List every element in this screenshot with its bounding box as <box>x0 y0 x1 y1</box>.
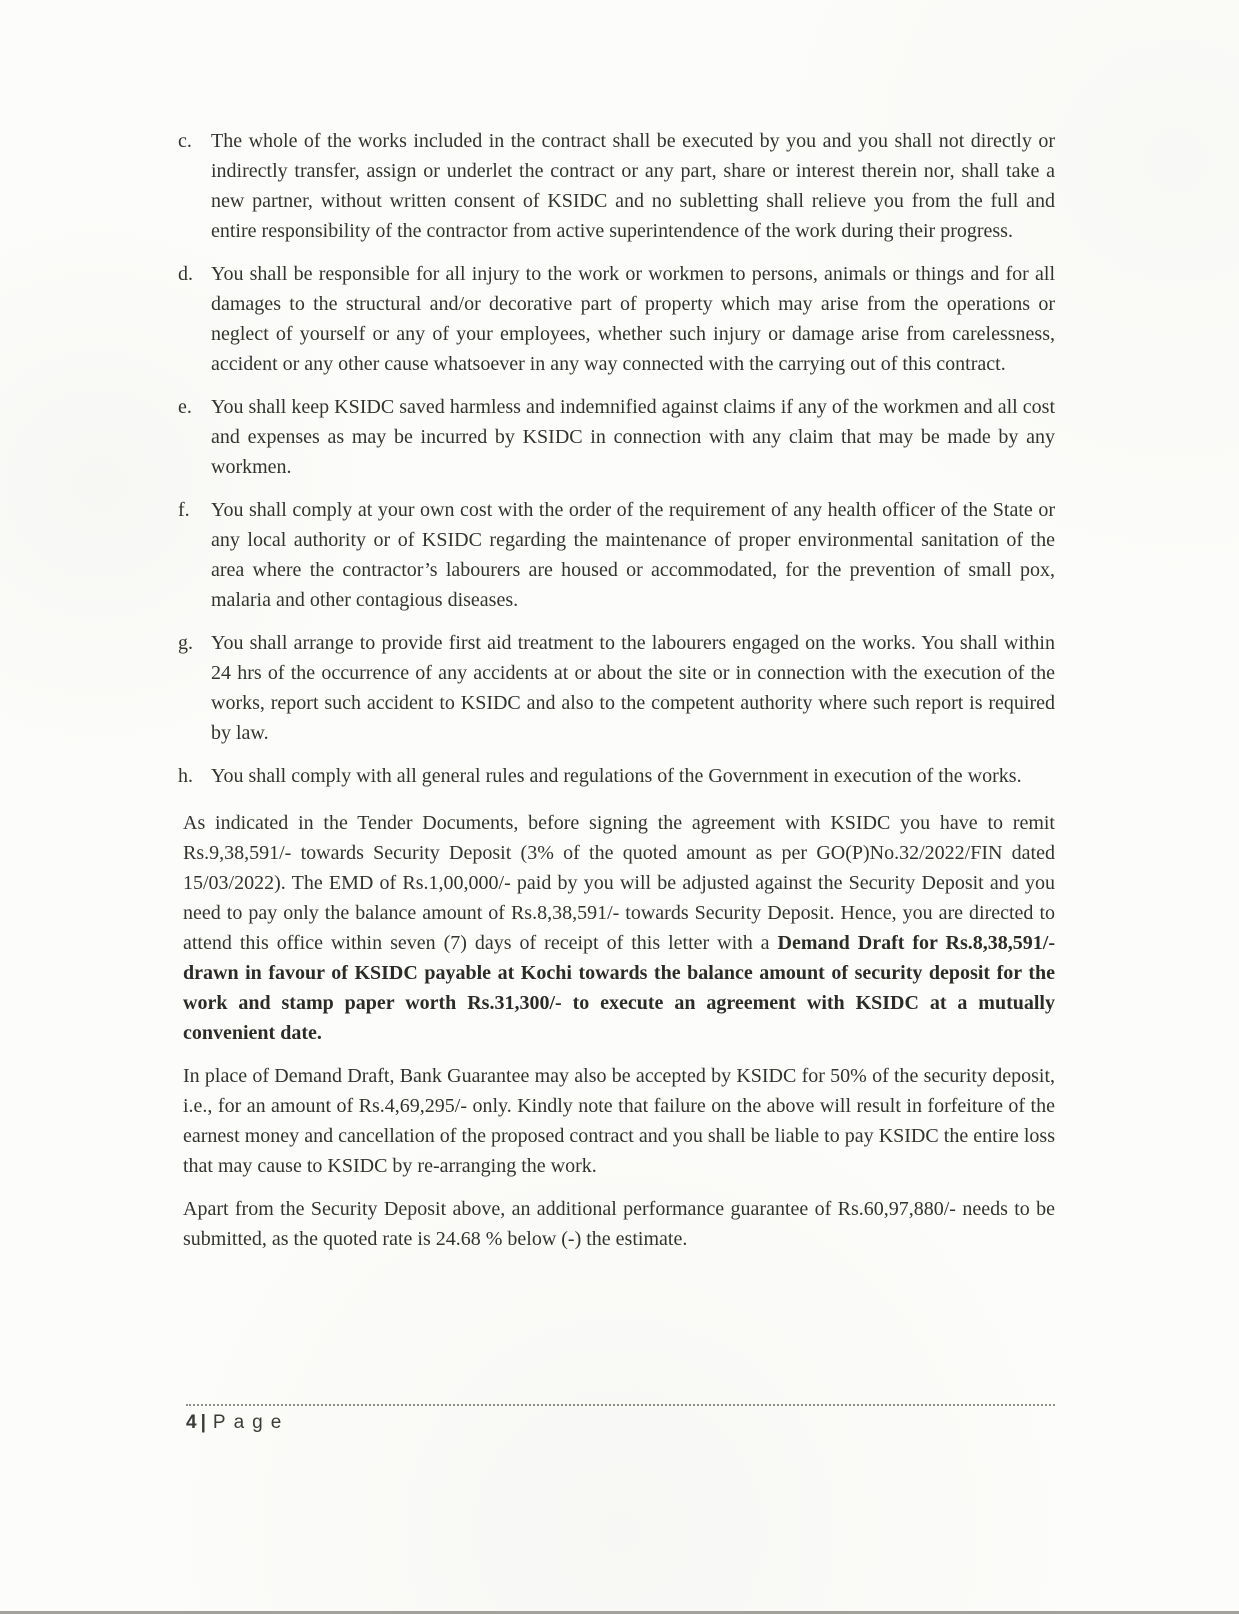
clause-h: h. You shall comply with all general rul… <box>183 761 1055 791</box>
paragraph-text: Apart from the Security Deposit above, a… <box>183 1198 1055 1250</box>
clause-f: f. You shall comply at your own cost wit… <box>183 495 1055 615</box>
page-number-separator: | <box>201 1412 206 1434</box>
document-body: c. The whole of the works included in th… <box>183 126 1055 1267</box>
paragraph-performance-guarantee: Apart from the Security Deposit above, a… <box>183 1194 1055 1254</box>
clause-text: You shall be responsible for all injury … <box>211 263 1055 375</box>
clause-letter: d. <box>178 259 204 289</box>
page-footer: 4 | Page <box>186 1412 289 1434</box>
clause-text: You shall comply at your own cost with t… <box>211 499 1055 611</box>
clause-letter: h. <box>178 761 204 791</box>
clause-text: You shall arrange to provide first aid t… <box>211 632 1055 744</box>
clause-text: You shall comply with all general rules … <box>211 765 1022 787</box>
clause-c: c. The whole of the works included in th… <box>183 126 1055 246</box>
paragraph-security-deposit: As indicated in the Tender Documents, be… <box>183 808 1055 1048</box>
scanned-document-page: c. The whole of the works included in th… <box>0 0 1239 1614</box>
clause-letter: e. <box>178 392 204 422</box>
clause-letter: f. <box>178 495 204 525</box>
clause-text: The whole of the works included in the c… <box>211 130 1055 242</box>
paragraph-bank-guarantee: In place of Demand Draft, Bank Guarantee… <box>183 1061 1055 1181</box>
page-label: Page <box>213 1412 289 1434</box>
clause-text: You shall keep KSIDC saved harmless and … <box>211 396 1055 478</box>
clause-letter: c. <box>178 126 204 156</box>
clause-g: g. You shall arrange to provide first ai… <box>183 628 1055 748</box>
paragraph-text: In place of Demand Draft, Bank Guarantee… <box>183 1065 1055 1177</box>
clause-d: d. You shall be responsible for all inju… <box>183 259 1055 379</box>
clause-letter: g. <box>178 628 204 658</box>
page-number: 4 <box>186 1412 197 1434</box>
clause-e: e. You shall keep KSIDC saved harmless a… <box>183 392 1055 482</box>
footer-divider <box>186 1404 1055 1406</box>
